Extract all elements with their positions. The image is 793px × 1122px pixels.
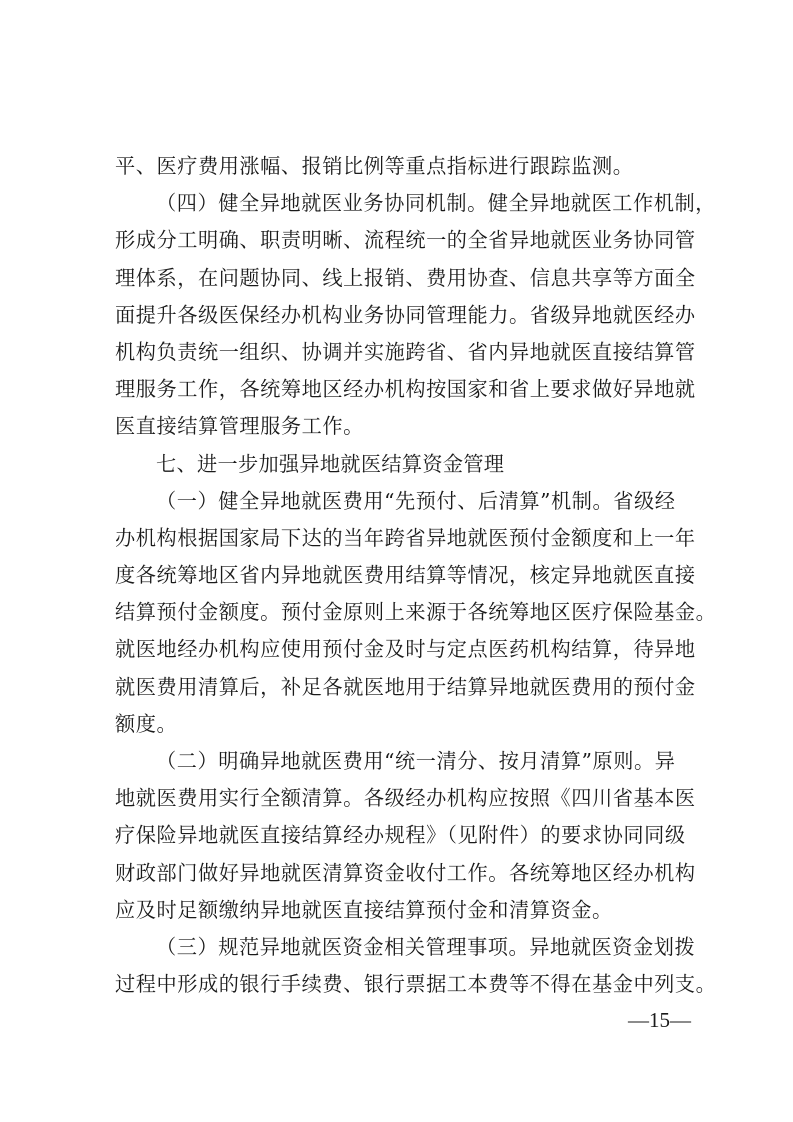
text-line: 额度。 [115, 706, 685, 743]
text-line: 就医费用清算后，补足各就医地用于结算异地就医费用的预付金 [115, 669, 685, 706]
document-body: 平、医疗费用涨幅、报销比例等重点指标进行跟踪监测。 （四）健全异地就医业务协同机… [115, 148, 685, 1003]
subsection-four-paragraph: （四）健全异地就医业务协同机制。健全异地就医工作机制， [115, 185, 685, 222]
text-line: 财政部门做好异地就医清算资金收付工作。各统筹地区经办机构 [115, 855, 685, 892]
text-line: 结算预付金额度。预付金原则上来源于各统筹地区医疗保险基金。 [115, 594, 685, 631]
text-line: 办机构根据国家局下达的当年跨省异地就医预付金额度和上一年 [115, 520, 685, 557]
text-line: 理服务工作，各统筹地区经办机构按国家和省上要求做好异地就 [115, 371, 685, 408]
text-line: 地就医费用实行全额清算。各级经办机构应按照《四川省基本医 [115, 780, 685, 817]
subsection-two-paragraph: （二）明确异地就医费用“统一清分、按月清算”原则。异 [115, 743, 685, 780]
page-number: —15— [628, 1008, 691, 1033]
text-line: 度各统筹地区省内异地就医费用结算等情况，核定异地就医直接 [115, 557, 685, 594]
text-line: 医直接结算管理服务工作。 [115, 408, 685, 445]
text-line: 疗保险异地就医直接结算经办规程》（见附件）的要求协同同级 [115, 817, 685, 854]
text-line: 平、医疗费用涨幅、报销比例等重点指标进行跟踪监测。 [115, 148, 685, 185]
text-line: 应及时足额缴纳异地就医直接结算预付金和清算资金。 [115, 892, 685, 929]
section-heading: 七、进一步加强异地就医结算资金管理 [115, 446, 685, 483]
text-line: 过程中形成的银行手续费、银行票据工本费等不得在基金中列支。 [115, 966, 685, 1003]
text-line: 机构负责统一组织、协调并实施跨省、省内异地就医直接结算管 [115, 334, 685, 371]
subsection-one-paragraph: （一）健全异地就医费用“先预付、后清算”机制。省级经 [115, 483, 685, 520]
text-line: 面提升各级医保经办机构业务协同管理能力。省级异地就医经办 [115, 297, 685, 334]
text-line: 就医地经办机构应使用预付金及时与定点医药机构结算，待异地 [115, 631, 685, 668]
text-line: 形成分工明确、职责明晰、流程统一的全省异地就医业务协同管 [115, 222, 685, 259]
subsection-three-paragraph: （三）规范异地就医资金相关管理事项。异地就医资金划拨 [115, 929, 685, 966]
text-line: 理体系，在问题协同、线上报销、费用协查、信息共享等方面全 [115, 260, 685, 297]
